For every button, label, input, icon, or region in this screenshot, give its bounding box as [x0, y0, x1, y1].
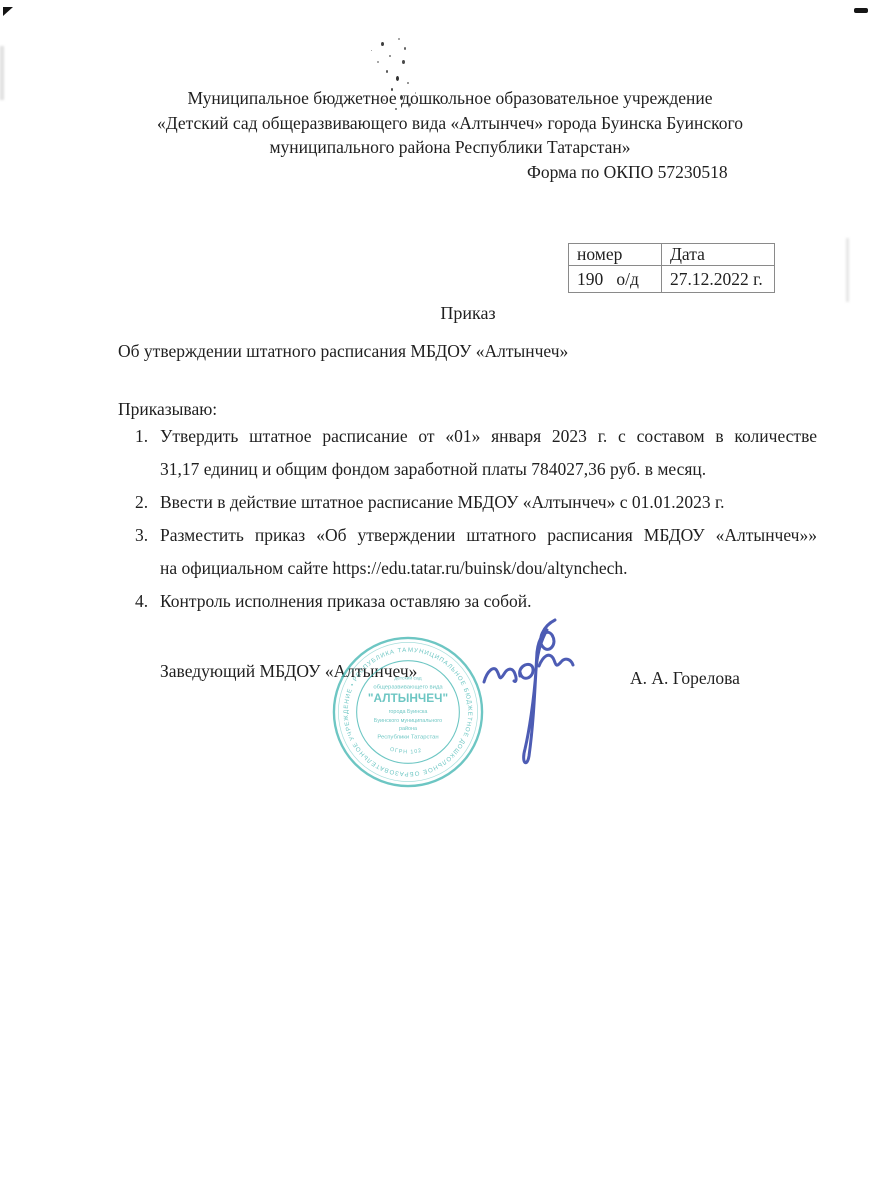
order-items-list: 1. Утвердить штатное расписание от «01» … [120, 420, 817, 618]
item-number: 1. [135, 420, 148, 453]
seal-line-rayon: района [399, 725, 418, 732]
order-item-3: 3. Разместить приказ «Об утверждении шта… [120, 519, 817, 585]
handwritten-signature [477, 608, 585, 776]
official-seal: МУНИЦИПАЛЬНОЕ БЮДЖЕТНОЕ ДОШКОЛЬНОЕ ОБРАЗ… [329, 633, 487, 791]
table-value-row: 190 о/д 27.12.2022 г. [569, 266, 775, 293]
order-item-4: 4. Контроль исполнения приказа оставляю … [120, 585, 817, 618]
order-title: Приказ [118, 303, 818, 324]
scanned-order-document: Муниципальное бюджетное дошкольное образ… [0, 0, 872, 1200]
signature-stroke [484, 669, 516, 682]
item-text-line: на официальном сайте https://edu.tatar.r… [160, 552, 817, 585]
order-item-2: 2. Ввести в действие штатное расписание … [120, 486, 817, 519]
okpo-form-label: Форма по ОКПО 57230518 [527, 162, 728, 183]
table-header-row: номер Дата [569, 244, 775, 266]
item-text-line: 31,17 единиц и общим фондом заработной п… [160, 453, 817, 486]
scan-edge-smudge [0, 46, 4, 100]
org-header-line: муниципального района Республики Татарст… [110, 135, 790, 160]
speckle [381, 42, 384, 46]
seal-tiny-top-text: детский сад [394, 674, 421, 681]
speckle [398, 38, 400, 40]
order-subject: Об утверждении штатного расписания МБДОУ… [118, 341, 568, 362]
table-header-date: Дата [662, 244, 775, 266]
item-text-line: Разместить приказ «Об утверждении штатно… [160, 519, 817, 552]
speckle [404, 47, 406, 50]
signature-stroke [520, 664, 533, 678]
seal-line-district: Буинского муниципального [374, 718, 442, 724]
item-text-line: Утвердить штатное расписание от «01» янв… [160, 420, 817, 453]
seal-ring-text: МУНИЦИПАЛЬНОЕ БЮДЖЕТНОЕ ДОШКОЛЬНОЕ ОБРАЗ… [329, 633, 473, 777]
order-date-value: 27.12.2022 г. [662, 266, 775, 293]
item-number: 3. [135, 519, 148, 552]
seal-ogrn-arc: ОГРН 102 [389, 747, 423, 756]
order-number-value: 190 о/д [569, 266, 662, 293]
speckle [402, 60, 405, 64]
signature-stroke [524, 620, 555, 763]
scan-corner-mark-top-right [854, 8, 868, 13]
speckle [389, 55, 391, 57]
speckle [371, 50, 372, 51]
order-number-table: номер Дата 190 о/д 27.12.2022 г. [568, 243, 775, 293]
speckle [386, 70, 388, 73]
scan-corner-mark-top-left [3, 7, 13, 16]
item-number: 2. [135, 486, 148, 519]
seal-center-name: "АЛТЫНЧЕЧ" [368, 691, 448, 705]
order-item-1: 1. Утвердить штатное расписание от «01» … [120, 420, 817, 486]
signatory-name: А. А. Горелова [630, 668, 740, 689]
signature-stroke [539, 655, 573, 666]
seal-line-republic: Республики Татарстан [377, 735, 438, 741]
item-number: 4. [135, 585, 148, 618]
speckle [396, 76, 399, 81]
scan-edge-smudge [846, 238, 849, 302]
item-text-line: Ввести в действие штатное расписание МБД… [160, 486, 817, 519]
speckle [407, 82, 409, 84]
order-intro: Приказываю: [118, 399, 217, 420]
speckle [377, 61, 379, 63]
org-header-line: Муниципальное бюджетное дошкольное образ… [110, 86, 790, 111]
table-header-number: номер [569, 244, 662, 266]
seal-line-city: города Буинска [389, 709, 429, 715]
org-header-line: «Детский сад общеразвивающего вида «Алты… [110, 111, 790, 136]
org-header: Муниципальное бюджетное дошкольное образ… [110, 86, 790, 160]
seal-type-line: общеразвивающего вида [373, 684, 443, 690]
